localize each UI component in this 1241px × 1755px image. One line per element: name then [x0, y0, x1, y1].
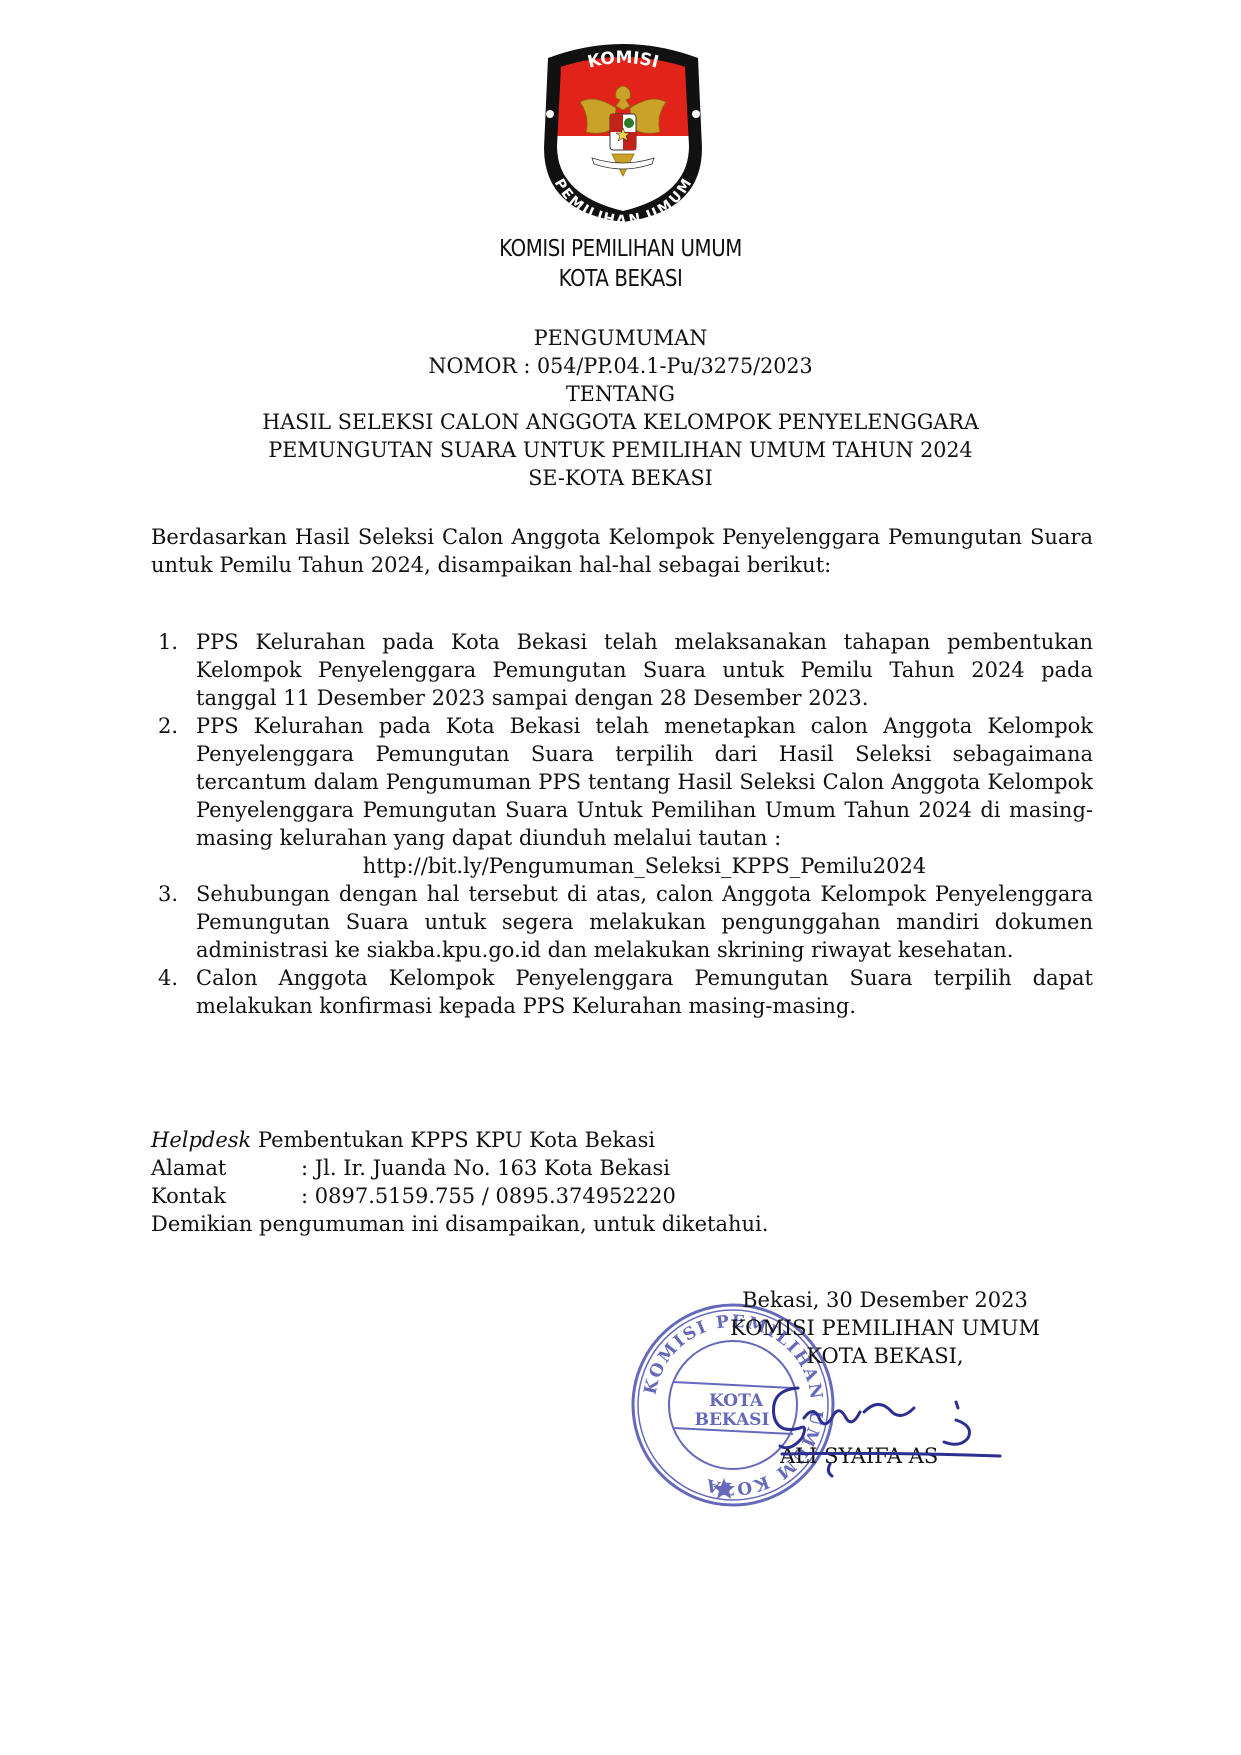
letterhead-org-name: KOMISI PEMILIHAN UMUM [87, 236, 1154, 262]
announcement-title: PENGUMUMAN [25, 325, 1216, 353]
list-item: 3. Sehubungan dengan hal tersebut di ata… [151, 880, 1093, 964]
kpu-logo-icon: KOMISI PEMILIHAN UMUM [540, 36, 706, 222]
list-text: Calon Anggota Kelompok Penyelenggara Pem… [196, 964, 1093, 1020]
list-number: 1. [158, 628, 178, 656]
announcement-number: NOMOR : 054/PP.04.1-Pu/3275/2023 [25, 353, 1216, 381]
download-link[interactable]: http://bit.ly/Pengumuman_Seleksi_KPPS_Pe… [151, 852, 1093, 880]
list-item: 4. Calon Anggota Kelompok Penyelenggara … [151, 964, 1093, 1020]
address-value: : Jl. Ir. Juanda No. 163 Kota Bekasi [301, 1154, 670, 1182]
signer-org-line2: KOTA BEKASI, [700, 1342, 1070, 1370]
svg-text:KOTA: KOTA [709, 1391, 764, 1411]
signature-block: Bekasi, 30 Desember 2023 KOMISI PEMILIHA… [700, 1286, 1070, 1370]
place-date: Bekasi, 30 Desember 2023 [700, 1286, 1070, 1314]
helpdesk-info: Helpdesk Pembentukan KPPS KPU Kota Bekas… [151, 1126, 768, 1238]
list-number: 3. [158, 880, 178, 908]
letterhead-city: KOTA BEKASI [87, 266, 1154, 292]
helpdesk-contact-row: Kontak : 0897.5159.755 / 0895.374952220 [151, 1182, 768, 1210]
handwritten-signature-icon [760, 1368, 1010, 1478]
list-number: 2. [158, 712, 178, 740]
address-label: Alamat [151, 1154, 301, 1182]
contact-label: Kontak [151, 1182, 301, 1210]
list-text: Sehubungan dengan hal tersebut di atas, … [196, 880, 1093, 964]
helpdesk-title: Helpdesk Pembentukan KPPS KPU Kota Bekas… [151, 1126, 768, 1154]
svg-text:BEKASI: BEKASI [695, 1410, 770, 1430]
closing-sentence: Demikian pengumuman ini disampaikan, unt… [151, 1210, 768, 1238]
list-item: 2. PPS Kelurahan pada Kota Bekasi telah … [151, 712, 1093, 852]
helpdesk-address-row: Alamat : Jl. Ir. Juanda No. 163 Kota Bek… [151, 1154, 768, 1182]
intro-paragraph: Berdasarkan Hasil Seleksi Calon Anggota … [151, 523, 1093, 579]
announcement-about: TENTANG [25, 381, 1216, 409]
list-text: PPS Kelurahan pada Kota Bekasi telah mel… [196, 628, 1093, 712]
document-page: KOMISI PEMILIHAN UMUM KOMISI PEMILIHAN U… [0, 0, 1241, 1755]
list-text: PPS Kelurahan pada Kota Bekasi telah men… [196, 712, 1093, 852]
contact-value: : 0897.5159.755 / 0895.374952220 [301, 1182, 676, 1210]
list-number: 4. [158, 964, 178, 992]
announcement-points: 1. PPS Kelurahan pada Kota Bekasi telah … [151, 628, 1093, 1020]
announcement-subject-line3: SE-KOTA BEKASI [25, 465, 1216, 493]
helpdesk-title-rest: Pembentukan KPPS KPU Kota Bekasi [251, 1128, 655, 1152]
signer-org-line1: KOMISI PEMILIHAN UMUM [700, 1314, 1070, 1342]
announcement-subject-line1: HASIL SELEKSI CALON ANGGOTA KELOMPOK PEN… [25, 409, 1216, 437]
list-item: 1. PPS Kelurahan pada Kota Bekasi telah … [151, 628, 1093, 712]
helpdesk-title-italic: Helpdesk [151, 1128, 251, 1152]
announcement-subject-line2: PEMUNGUTAN SUARA UNTUK PEMILIHAN UMUM TA… [25, 437, 1216, 465]
